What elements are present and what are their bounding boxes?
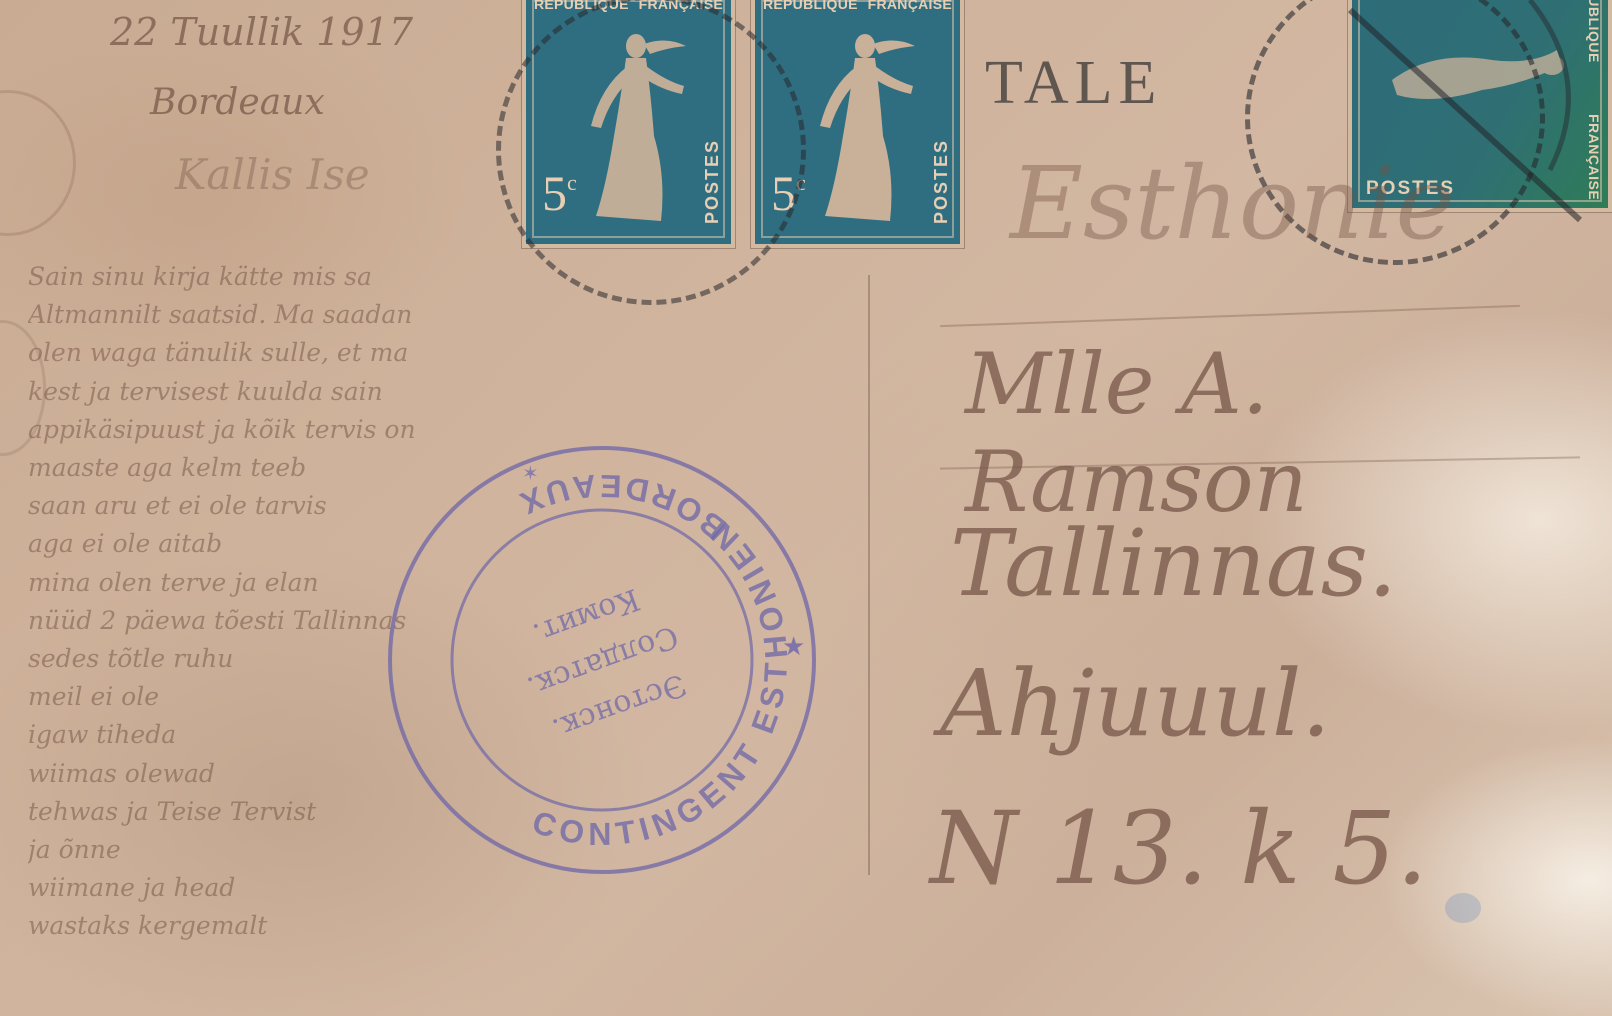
message-line: Altmannilt saatsid. Ma saadan (28, 296, 858, 334)
message-line: wastaks kergemalt (28, 907, 858, 945)
postcard: TALE REPUBLIQUEFRANÇAISE 5c POSTES REPUB… (0, 0, 1612, 1016)
sender-date: 22 Tuullik 1917 (110, 10, 413, 54)
stamp-country: REPUBLIQUEFRANÇAISE (763, 0, 952, 12)
address-number: N 13. k 5. (930, 790, 1428, 907)
address-underline (940, 305, 1520, 327)
address-street: Ahjuuul. (940, 650, 1331, 757)
sower-figure-icon (795, 16, 925, 231)
contingent-cachet: CONTINGENT ESTHONIEN BORDEAUX ★ ✶ Эстонс… (382, 440, 822, 880)
sender-greeting: Kallis Ise (175, 150, 370, 199)
ink-blot (1445, 893, 1481, 923)
address-country: Esthonie (1010, 145, 1455, 262)
center-divider (868, 275, 870, 875)
printed-header: TALE (985, 48, 1162, 119)
stamp-label: POSTES (931, 139, 952, 224)
message-line: Sain sinu kirja kätte mis sa (28, 258, 858, 296)
message-line: olen waga tänulik sulle, et ma (28, 334, 858, 372)
address-city: Tallinnas. (950, 510, 1397, 617)
svg-text:✶: ✶ (522, 461, 539, 485)
sender-place: Bordeaux (150, 82, 325, 123)
address-recipient: Mlle A. Ramson (965, 335, 1612, 531)
message-line: kest ja tervisest kuulda sain (28, 373, 858, 411)
star-icon: ★ (782, 632, 805, 662)
water-stain (0, 90, 76, 236)
